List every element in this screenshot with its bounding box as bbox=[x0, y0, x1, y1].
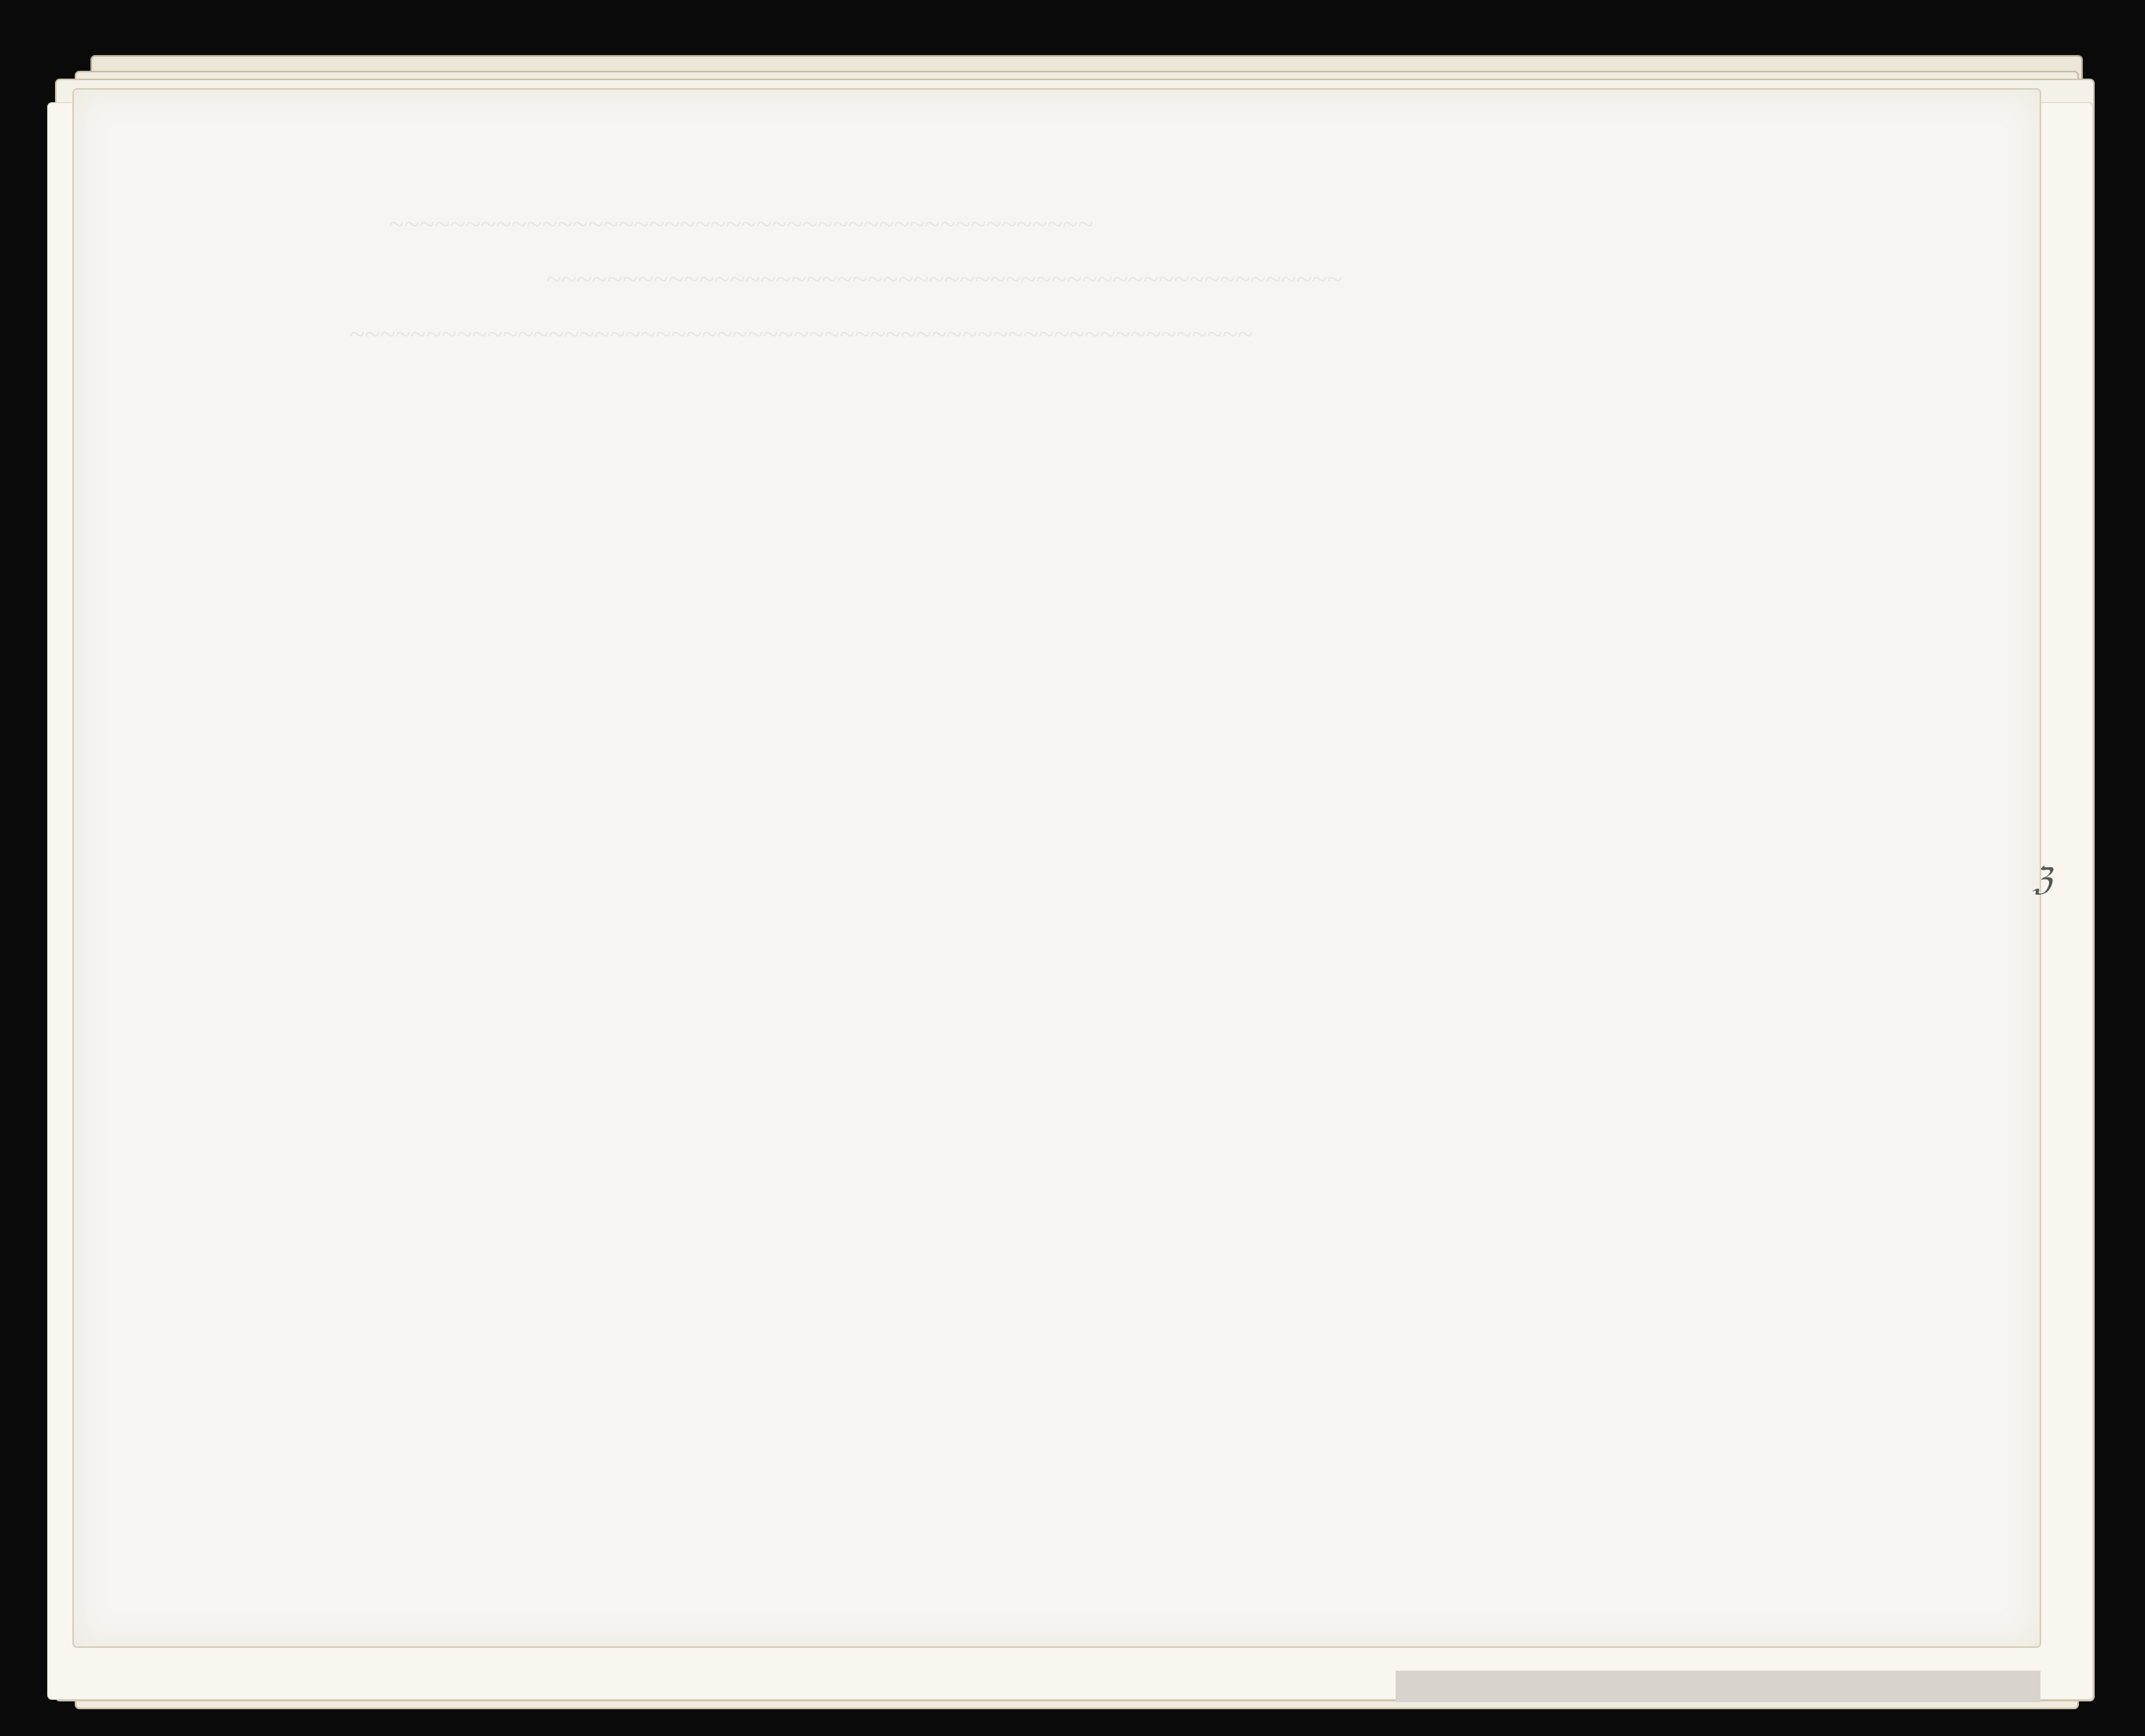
blank-page: ~~~~~~~~~~~~~~~~~~~~~~~~~~~~~~~~~~~~~~~~… bbox=[72, 88, 2041, 1648]
bleed-through-text: ~~~~~~~~~~~~~~~~~~~~~~~~~~~~~~~~~~~~~~~~… bbox=[349, 318, 1253, 351]
bleed-through-text: ~~~~~~~~~~~~~~~~~~~~~~~~~~~~~~~~~~~~~~~~… bbox=[388, 208, 1093, 241]
grey-label-strip bbox=[1396, 1671, 2040, 1702]
margin-mark: ℨ bbox=[2033, 861, 2052, 898]
bleed-through-text: ~~~~~~~~~~~~~~~~~~~~~~~~~~~~~~~~~~~~~~~~… bbox=[546, 263, 1342, 296]
